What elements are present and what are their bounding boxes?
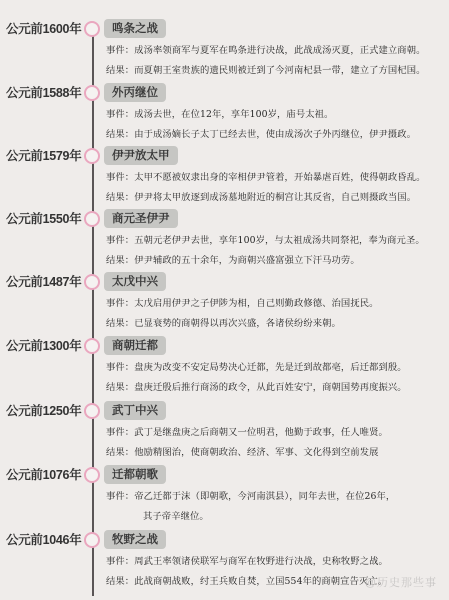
entry-date: 公元前1046年: [6, 531, 86, 549]
entry-event: 事件：成汤率领商军与夏军在鸣条进行决战，此战成汤灭夏，正式建立商朝。: [106, 44, 426, 57]
timeline-node-icon: [84, 403, 100, 419]
watermark: @历史那些事: [365, 574, 437, 590]
entry-event: 事件：周武王率领诸侯联军与商军在牧野进行决战，史称牧野之战。: [106, 555, 388, 568]
entry-title-badge: 武丁中兴: [104, 401, 166, 420]
entry-event-continuation: 其子帝辛继位。: [143, 510, 209, 523]
entry-title-badge: 牧野之战: [104, 530, 166, 549]
entry-date: 公元前1579年: [6, 147, 86, 165]
timeline-node-icon: [84, 274, 100, 290]
entry-date: 公元前1487年: [6, 273, 86, 291]
timeline-node-icon: [84, 85, 100, 101]
entry-event: 事件：武丁是继盘庚之后商朝又一位明君，他勤于政事，任人唯贤。: [106, 426, 388, 439]
entry-date: 公元前1550年: [6, 210, 86, 228]
entry-event: 事件：太戊启用伊尹之子伊陟为相，自己则勤政修德、治国抚民。: [106, 297, 379, 310]
entry-result: 结果：盘庚迁殷后推行商汤的政令，从此百姓安宁，商朝国势再度振兴。: [106, 381, 407, 394]
entry-date: 公元前1300年: [6, 337, 86, 355]
entry-result: 结果：伊尹将太甲放逐到成汤墓地附近的桐宫让其反省，自己则摄政当国。: [106, 191, 416, 204]
entry-result: 结果：由于成汤嫡长子太丁已经去世，使由成汤次子外丙继位，伊尹摄政。: [106, 128, 416, 141]
entry-result: 结果：他励精图治，使商朝政治、经济、军事、文化得到空前发展: [106, 446, 379, 459]
timeline-node-icon: [84, 532, 100, 548]
entry-event: 事件：盘庚为改变不安定局势决心迁都，先是迁到故都亳，后迁都到殷。: [106, 361, 407, 374]
timeline-node-icon: [84, 338, 100, 354]
entry-title-badge: 迁都朝歌: [104, 465, 166, 484]
entry-title-badge: 商朝迁都: [104, 336, 166, 355]
entry-result: 结果：伊尹辅政的五十余年，为商朝兴盛富强立下汗马功劳。: [106, 254, 360, 267]
entry-title-badge: 太戊中兴: [104, 272, 166, 291]
entry-date: 公元前1076年: [6, 466, 86, 484]
entry-title-badge: 鸣条之战: [104, 19, 166, 38]
entry-title-badge: 外丙继位: [104, 83, 166, 102]
timeline-node-icon: [84, 21, 100, 37]
timeline-axis: [92, 36, 94, 596]
entry-result: 结果：已显衰势的商朝得以再次兴盛，各诸侯纷纷来朝。: [106, 317, 341, 330]
entry-title-badge: 伊尹放太甲: [104, 146, 178, 165]
entry-date: 公元前1600年: [6, 20, 86, 38]
entry-date: 公元前1250年: [6, 402, 86, 420]
entry-title-badge: 商元圣伊尹: [104, 209, 178, 228]
entry-date: 公元前1588年: [6, 84, 86, 102]
entry-event: 事件：帝乙迁都于沫（即朝歌，今河南淇县），同年去世，在位26年，: [106, 490, 395, 503]
entry-result: 结果：而夏朝王室贵族的遗民则被迁到了今河南杞县一带，建立了方国杞国。: [106, 64, 426, 77]
entry-event: 事件：太甲不愿被奴隶出身的宰相伊尹管着，开始暴虐百姓，使得朝政昏乱。: [106, 171, 426, 184]
entry-event: 事件：成汤去世，在位12年，享年100岁，庙号太祖。: [106, 108, 333, 121]
timeline-node-icon: [84, 148, 100, 164]
timeline-node-icon: [84, 211, 100, 227]
timeline-node-icon: [84, 467, 100, 483]
entry-event: 事件：五朝元老伊尹去世，享年100岁，与太祖成汤共同祭祀，奉为商元圣。: [106, 234, 425, 247]
entry-result: 结果：此战商朝战败，纣王兵败自焚，立国554年的商朝宣告灭亡。: [106, 575, 387, 588]
